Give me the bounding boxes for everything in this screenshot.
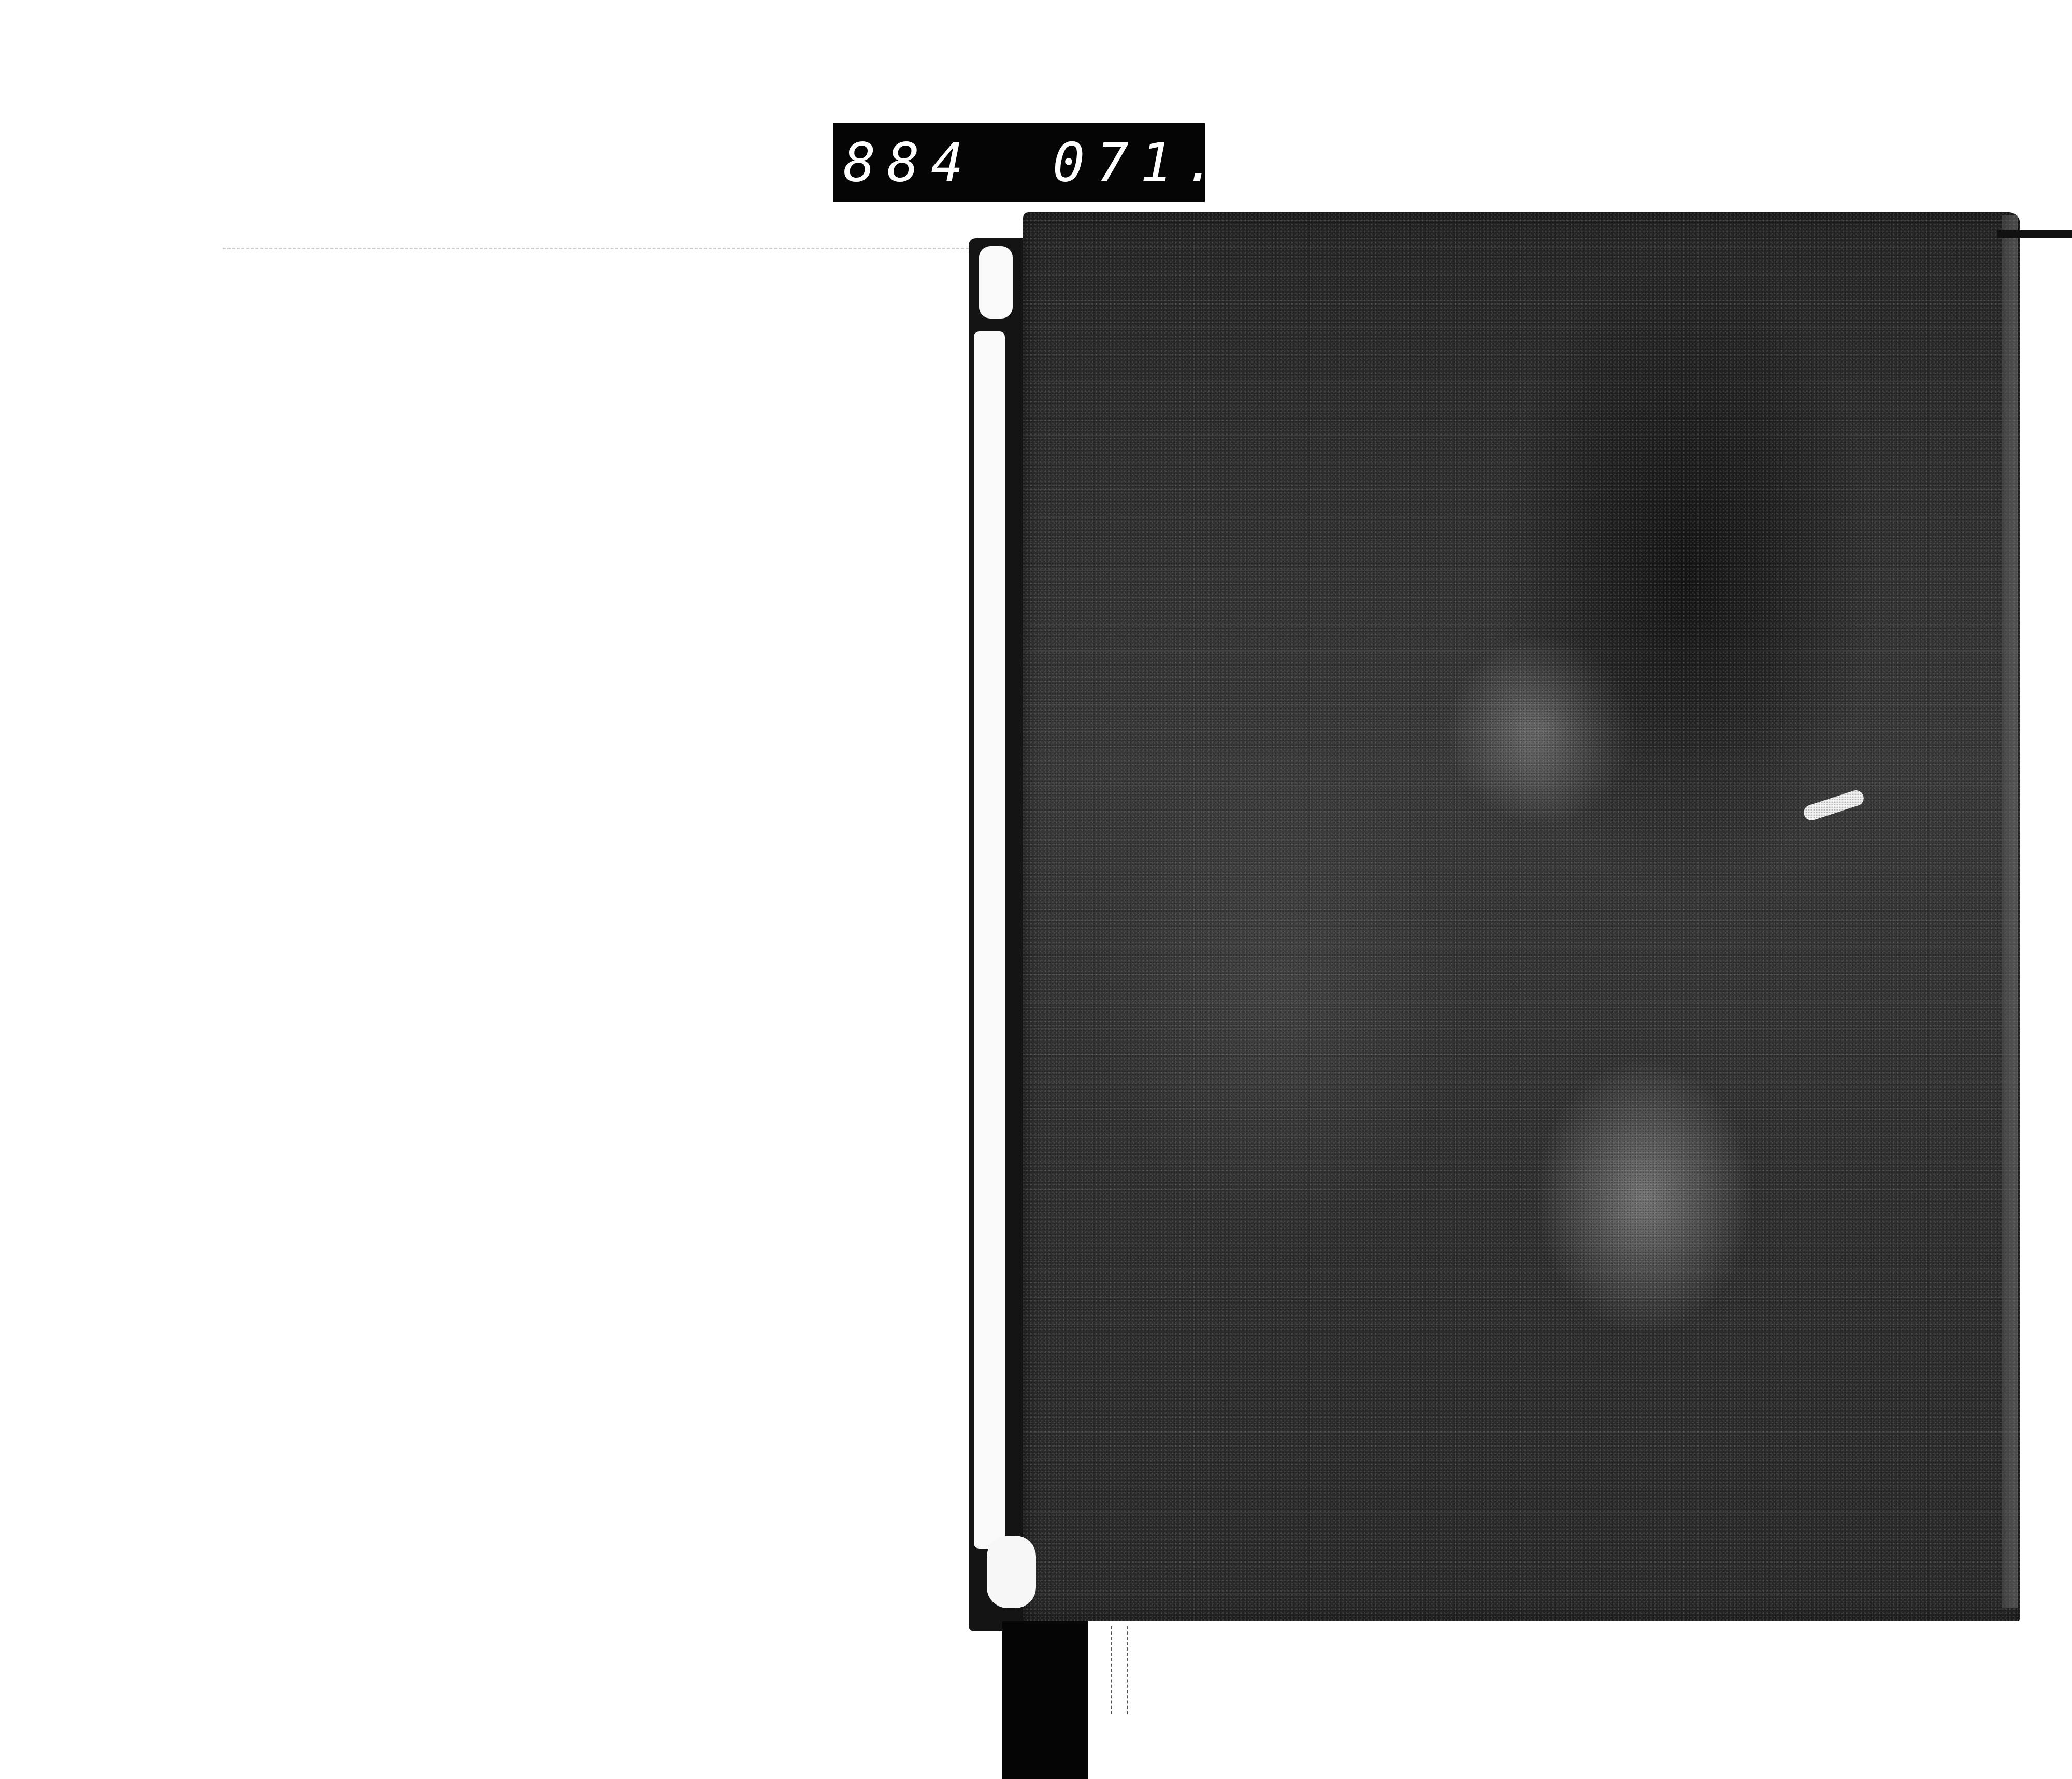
film-frame-number: 071.: [1053, 136, 1228, 190]
spine-wear-bottom: [987, 1536, 1036, 1608]
thread-line: [1111, 1626, 1112, 1714]
bottom-tab: [1002, 1621, 1088, 1779]
book-cover: [1023, 212, 2020, 1621]
cover-right-edge: [2002, 215, 2018, 1608]
spine-wear-top: [979, 246, 1013, 319]
thread-line: [1127, 1626, 1128, 1714]
edge-rule-line: [1997, 230, 2072, 238]
film-reel-number: 884: [843, 136, 975, 190]
scan-artifact-line: [223, 248, 969, 249]
cover-wear-blotch: [1802, 788, 1865, 822]
spine-wear-strip: [974, 331, 1005, 1549]
film-frame-label: 884 071.: [833, 123, 1205, 202]
